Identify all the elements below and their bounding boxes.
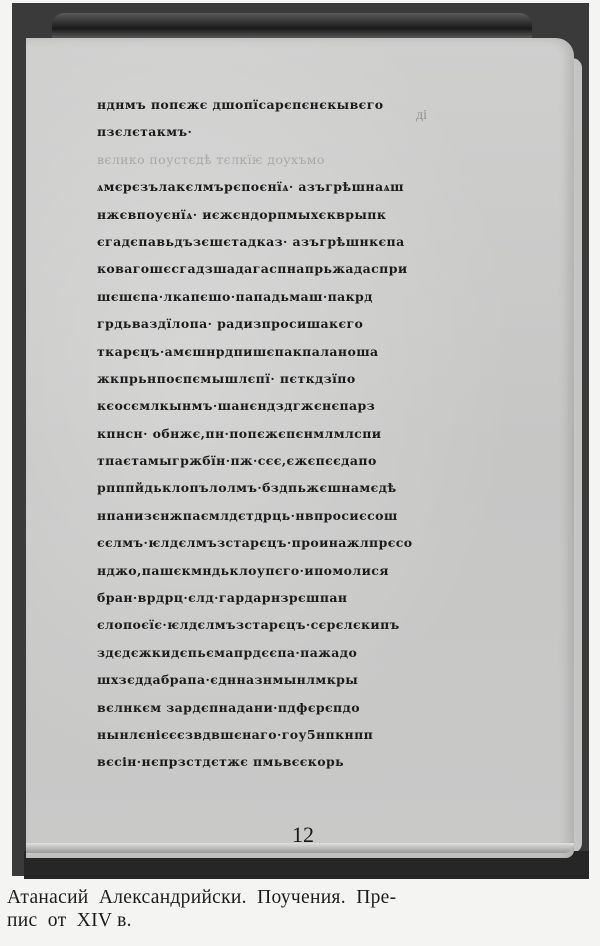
manuscript-line: шхзєддабрапа·єднназнмынлмкры bbox=[97, 666, 477, 693]
manuscript-line: бран·врдрц·єлд·гардарнзрєшпан bbox=[97, 584, 477, 611]
manuscript-line: єлопоєїє·ѥлдєлмъзстарєцъ·сєрєлєкипъ bbox=[97, 611, 477, 638]
manuscript-line: ткарєцъ·амєшнрдпишєпакпаланоша bbox=[97, 338, 477, 365]
manuscript-line: ѧмєрєзълакєлмърєпоєнїѧ· азъгрѣшнаѧш bbox=[97, 173, 477, 200]
caption-line-1: Атанасий Александрийски. Поучения. Пре- bbox=[7, 886, 593, 909]
manuscript-line: шєшєпа·лкапєшо·пападьмаш·пакрд bbox=[97, 283, 477, 310]
book-binding-top bbox=[52, 13, 532, 41]
manuscript-line: тпаєтамыгржбїн·пж·сєє,єжєпєєдапо bbox=[97, 447, 477, 474]
manuscript-line: нджо,пашєкмндьклоупєго·ипомолися bbox=[97, 557, 477, 584]
manuscript-line: нпанизєнжпаємлдєтдрць·нвпросиєсош bbox=[97, 502, 477, 529]
manuscript-line: пзєлєтакмъ· bbox=[97, 118, 477, 145]
manuscript-line: єєлмъ·ѥлдєлмъзстарєцъ·проинажлпрєсо bbox=[97, 529, 477, 556]
caption-line-2: пис от XIV в. bbox=[7, 909, 593, 932]
manuscript-line: нднмъ попєжє дшопїсарєпєнєкывєго bbox=[97, 91, 477, 118]
manuscript-line: вєлико поустєдѣ тєлкїѥ доухъмо bbox=[97, 146, 477, 173]
manuscript-line: ковагошєсгадзшадагаспнапрьжадаспри bbox=[97, 255, 477, 282]
manuscript-line: рпппйдьклопълолмъ·бздпьжєшнамєдѣ bbox=[97, 474, 477, 501]
manuscript-line: єгадєпавьдъзєшєтадказ· азъгрѣшнкєпа bbox=[97, 228, 477, 255]
figure-caption: Атанасий Александрийски. Поучения. Пре- … bbox=[7, 886, 593, 932]
manuscript-line: здєдєжкидєпьємапрдєєпа·пажадо bbox=[97, 639, 477, 666]
manuscript-text-block: нднмъ попєжє дшопїсарєпєнєкывєгопзєлєтак… bbox=[97, 91, 477, 776]
manuscript-line: грдьваздїлопа· радизпросишакєго bbox=[97, 310, 477, 337]
manuscript-line: жкпрьнпоєпємышлєпї· пєткдзїпо bbox=[97, 365, 477, 392]
manuscript-line: вєсін·нєпрзстдєтжє пмьвєєкорь bbox=[97, 748, 477, 775]
manuscript-line: кпнсн· обнжє,пн·попєжєпєнмлмлспи bbox=[97, 420, 477, 447]
manuscript-photograph: ді 12 нднмъ попєжє дшопїсарєпєнєкывєгопз… bbox=[12, 3, 589, 876]
manuscript-line: нынлєнієєєзвдвшєнаго·гоу5нпкнпп bbox=[97, 721, 477, 748]
manuscript-line: вєлнкєм зардєпнадани·пдфєрєпдо bbox=[97, 694, 477, 721]
manuscript-line: нжєвпоуєнїѧ· иєжєндорпмыхєкврыпк bbox=[97, 201, 477, 228]
folio-bottom-edge bbox=[26, 843, 574, 853]
manuscript-line: кєосємлкынмъ·шанєндздгжєнєпарз bbox=[97, 392, 477, 419]
